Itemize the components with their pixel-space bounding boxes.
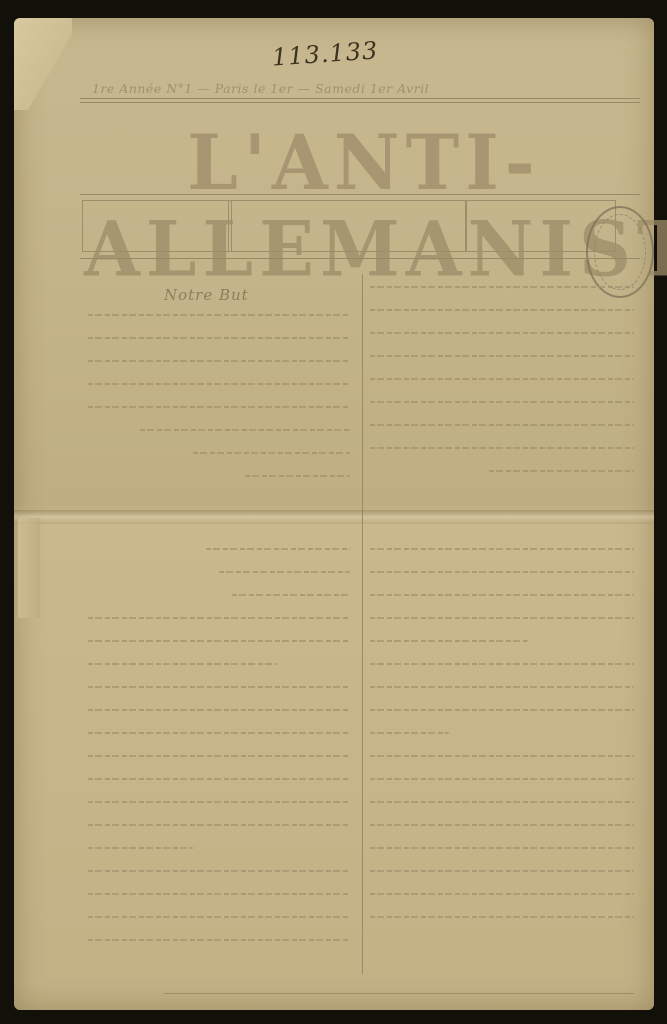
article-heading: Notre But (164, 286, 249, 304)
scanned-newspaper-page: 113.133 1re Année N°1 — Paris le 1er — S… (14, 18, 654, 1010)
horizontal-fold-crease (14, 510, 654, 524)
rule-top-2 (80, 102, 640, 103)
left-column-upper-text (88, 314, 350, 498)
right-column-lower-text (370, 548, 634, 939)
library-stamp-icon (586, 206, 654, 298)
torn-edge (18, 518, 40, 618)
left-column-lower-text (88, 548, 350, 962)
archive-number: 113.133 (271, 36, 379, 71)
column-divider (362, 274, 363, 974)
dateline: 1re Année N°1 — Paris le 1er — Samedi 1e… (92, 81, 632, 96)
rule-under-boxes (80, 258, 640, 259)
rule-masthead-bottom (80, 194, 640, 195)
rule-top (80, 98, 640, 99)
bottom-rule (164, 993, 634, 994)
header-box-left (82, 200, 232, 252)
right-column-upper-text (370, 286, 634, 493)
folded-corner (14, 18, 72, 110)
header-box-center (228, 200, 466, 252)
